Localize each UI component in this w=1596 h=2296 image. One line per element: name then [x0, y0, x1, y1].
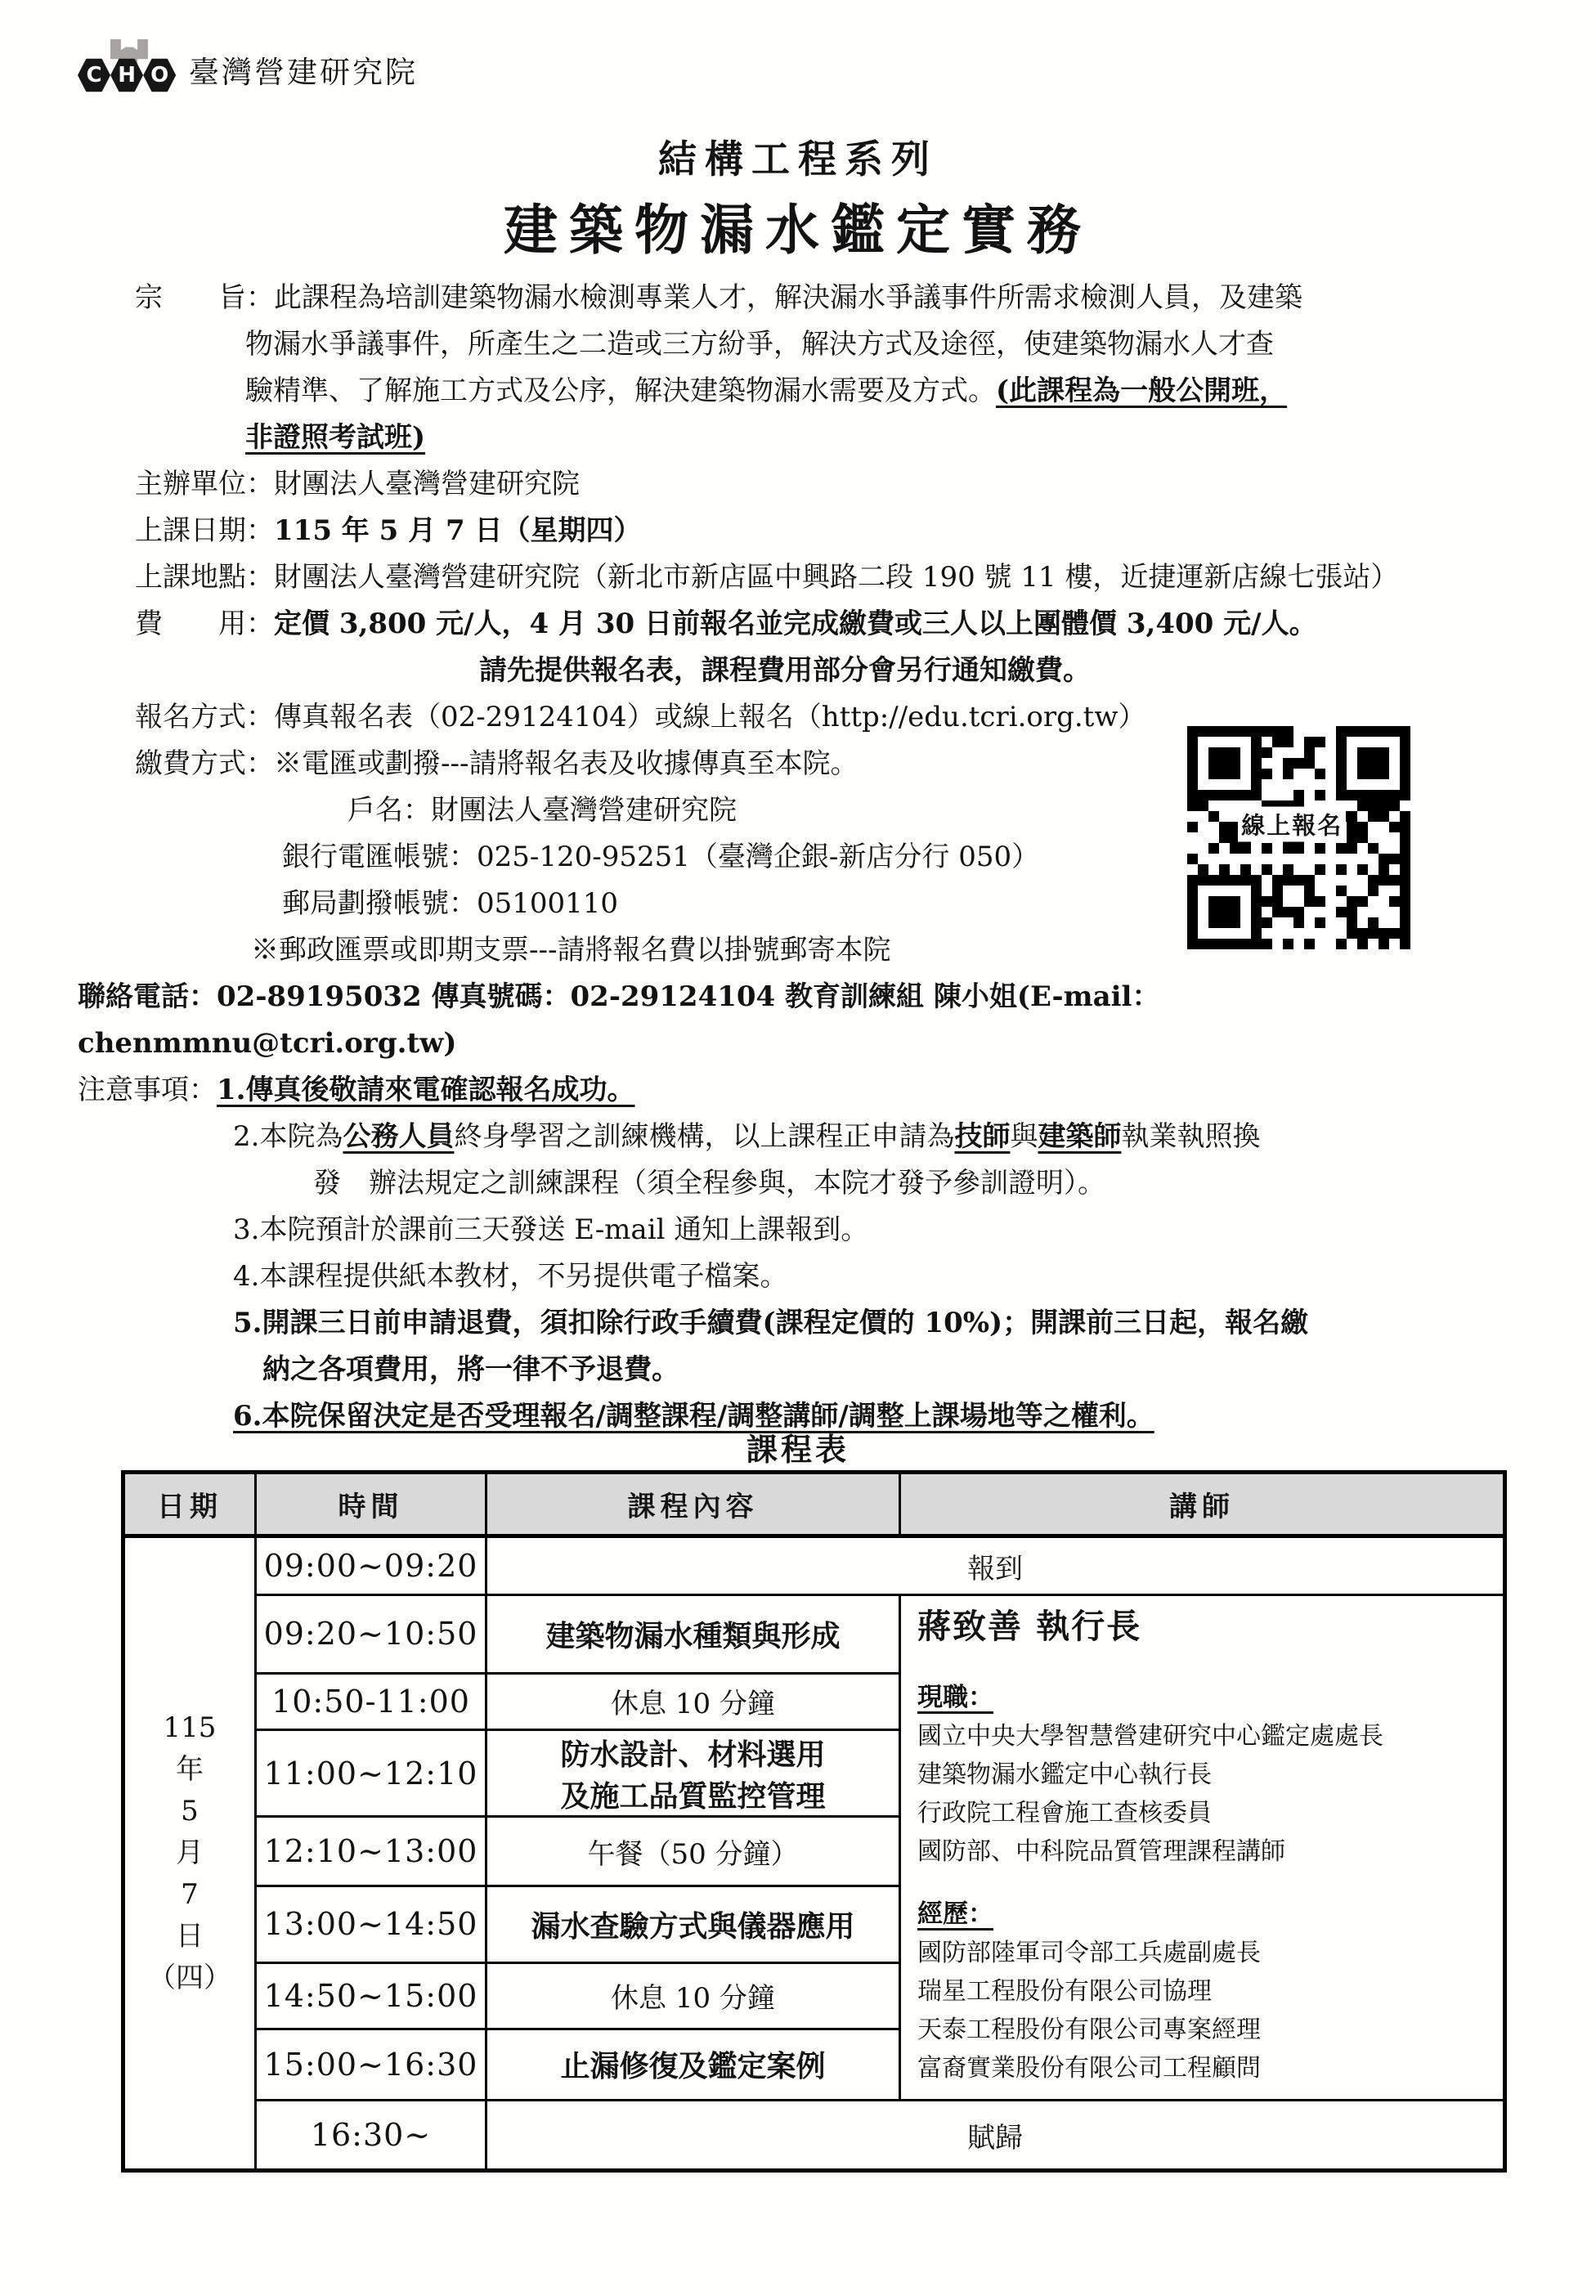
current-position-label: 現職：: [917, 1679, 993, 1717]
time-cell: 14:50~15:00: [256, 1963, 486, 2029]
current-position: 行政院工程會施工查核委員: [917, 1794, 1486, 1832]
schedule-row: 09:20~10:50 建築物漏水種類與形成 蔣致善 執行長 現職： 國立中央大…: [123, 1595, 1505, 1674]
field-purpose: 宗 旨：此課程為培訓建築物漏水檢測專業人才，解決漏水爭議事件所需求檢測人員，及建…: [78, 275, 1492, 461]
schedule-row: 115 年 5 月 7 日 （四） 09:00~09:20 報到: [123, 1536, 1505, 1595]
content-cell: 漏水查驗方式與儀器應用: [486, 1886, 900, 1963]
content-cell: 防水設計、材料選用 及施工品質監控管理: [486, 1729, 900, 1817]
content-cell: 止漏修復及鑑定案例: [486, 2029, 900, 2100]
note-3: 3.本院預計於課前三天發送 E-mail 通知上課報到。: [78, 1207, 1492, 1253]
purpose-line1: 此課程為培訓建築物漏水檢測專業人才，解決漏水爭議事件所需求檢測人員，及建築: [274, 281, 1302, 314]
logo-letter-c: C: [78, 57, 110, 93]
qr-code: 線上報名: [1187, 726, 1410, 949]
current-position: 國防部、中科院品質管理課程講師: [917, 1832, 1486, 1871]
header-date: 日期: [123, 1473, 256, 1536]
date-label: 上課日期：: [135, 514, 274, 547]
content-cell: 建築物漏水種類與形成: [486, 1595, 900, 1674]
current-position: 國立中央大學智慧營建研究中心鑑定處處長: [917, 1717, 1486, 1756]
contact-line: 聯絡電話：02-89195032 傳真號碼：02-29124104 教育訓練組 …: [78, 974, 1492, 1067]
experience-item: 瑞星工程股份有限公司協理: [917, 1972, 1486, 2011]
content-cell: 賦歸: [486, 2101, 1505, 2171]
time-cell: 09:00~09:20: [256, 1536, 486, 1595]
organizer-label: 主辦單位：: [135, 468, 274, 500]
field-date: 上課日期：115 年 5 月 7 日（星期四）: [78, 508, 1492, 554]
document-page: C H O 臺灣營建研究院 結構工程系列 建築物漏水鑑定實務 宗 旨：此課程為培…: [0, 0, 1596, 2296]
qr-label: 線上報名: [1238, 807, 1346, 842]
field-organizer: 主辦單位：財團法人臺灣營建研究院: [78, 461, 1492, 508]
location-label: 上課地點：: [135, 561, 274, 594]
current-position: 建築物漏水鑑定中心執行長: [917, 1756, 1486, 1794]
schedule-header-row: 日期 時間 課程內容 講師: [123, 1473, 1505, 1536]
note-2: 2.本院為公務人員終身學習之訓練機構，以上課程正申請為技師與建築師執業執照換 發…: [78, 1114, 1492, 1207]
payment-label: 繳費方式：: [135, 747, 274, 780]
time-cell: 15:00~16:30: [256, 2029, 486, 2100]
location-value: 財團法人臺灣營建研究院（新北市新店區中興路二段 190 號 11 樓，近捷運新店…: [274, 561, 1398, 594]
time-cell: 11:00~12:10: [256, 1729, 486, 1817]
header-instructor: 講師: [900, 1473, 1505, 1536]
payment-value: ※電匯或劃撥---請將報名表及收據傳真至本院。: [274, 747, 858, 780]
logo-letter-h: H: [110, 57, 143, 93]
note-5: 5.開課三日前申請退費，須扣除行政手續費(課程定價的 10%)；開課前三日起，報…: [78, 1300, 1492, 1393]
registration-value: 傳真報名表（02-29124104）或線上報名（http://edu.tcri.…: [274, 701, 1145, 733]
notes-first-line: 注意事項：1.傳真後敬請來電確認報名成功。: [78, 1067, 1492, 1114]
content-cell: 休息 10 分鐘: [486, 1963, 900, 2029]
schedule-date-cell: 115 年 5 月 7 日 （四）: [123, 1536, 256, 2171]
note-2-line2: 發 辦法規定之訓練課程（須全程參與，本院才發予參訓證明）。: [313, 1167, 1105, 1200]
header-content: 課程內容: [486, 1473, 900, 1536]
instructor-name: 蔣致善 執行長: [917, 1608, 1486, 1646]
time-cell: 09:20~10:50: [256, 1595, 486, 1674]
time-cell: 12:10~13:00: [256, 1817, 486, 1886]
time-cell: 10:50-11:00: [256, 1673, 486, 1729]
fee-value: 定價 3,800 元/人，4 月 30 日前報名並完成繳費或三人以上團體價 3,…: [274, 608, 1317, 640]
series-title: 結構工程系列: [0, 129, 1596, 184]
purpose-note-part2: 非證照考試班): [245, 421, 425, 454]
content-cell: 午餐（50 分鐘）: [486, 1817, 900, 1886]
fee-note: 請先提供報名表，課程費用部分會另行通知繳費。: [78, 648, 1492, 694]
purpose-line3: 驗精準、了解施工方式及公序，解決建築物漏水需要及方式。: [245, 374, 996, 407]
field-location: 上課地點：財團法人臺灣營建研究院（新北市新店區中興路二段 190 號 11 樓，…: [78, 554, 1492, 601]
purpose-line2: 物漏水爭議事件，所產生之二造或三方紛爭，解決方式及途徑，使建築物漏水人才查: [245, 328, 1274, 361]
header-time: 時間: [256, 1473, 486, 1536]
instructor-cell: 蔣致善 執行長 現職： 國立中央大學智慧營建研究中心鑑定處處長 建築物漏水鑑定中…: [900, 1595, 1505, 2101]
fee-label: 費 用：: [135, 608, 274, 640]
note-5-line2: 納之各項費用，將一律不予退費。: [262, 1353, 679, 1386]
content-cell: 報到: [486, 1536, 1505, 1595]
logo-org-name: 臺灣營建研究院: [189, 47, 418, 93]
schedule-table: 日期 時間 課程內容 講師 115 年 5 月 7 日 （四） 09:00~09…: [121, 1470, 1507, 2173]
note-1: 1.傳真後敬請來電確認報名成功。: [217, 1074, 635, 1106]
logo-letter-o: O: [143, 57, 176, 93]
notes-label: 注意事項：: [78, 1074, 217, 1106]
content-cell: 休息 10 分鐘: [486, 1673, 900, 1729]
experience-item: 天泰工程股份有限公司專案經理: [917, 2011, 1486, 2049]
time-cell: 13:00~14:50: [256, 1886, 486, 1963]
schedule-row: 16:30~ 賦歸: [123, 2101, 1505, 2171]
tcri-logo-icon: C H O: [78, 39, 182, 93]
organizer-value: 財團法人臺灣營建研究院: [274, 468, 580, 500]
schedule-title: 課程表: [0, 1424, 1596, 1469]
experience-item: 國防部陸軍司令部工兵處副處長: [917, 1934, 1486, 1972]
experience-item: 富裔實業股份有限公司工程顧問: [917, 2049, 1486, 2087]
course-title: 建築物漏水鑑定實務: [0, 186, 1596, 264]
field-fee: 費 用：定價 3,800 元/人，4 月 30 日前報名並完成繳費或三人以上團體…: [78, 601, 1492, 648]
logo: C H O 臺灣營建研究院: [78, 39, 418, 93]
experience-label: 經歷：: [917, 1895, 993, 1934]
time-cell: 16:30~: [256, 2101, 486, 2171]
date-value: 115 年 5 月 7 日（星期四）: [274, 514, 641, 547]
purpose-note-part1: (此課程為一般公開班，: [996, 374, 1287, 407]
purpose-label: 宗 旨：: [135, 281, 274, 314]
note-4: 4.本課程提供紙本教材，不另提供電子檔案。: [78, 1253, 1492, 1300]
registration-label: 報名方式：: [135, 701, 274, 733]
